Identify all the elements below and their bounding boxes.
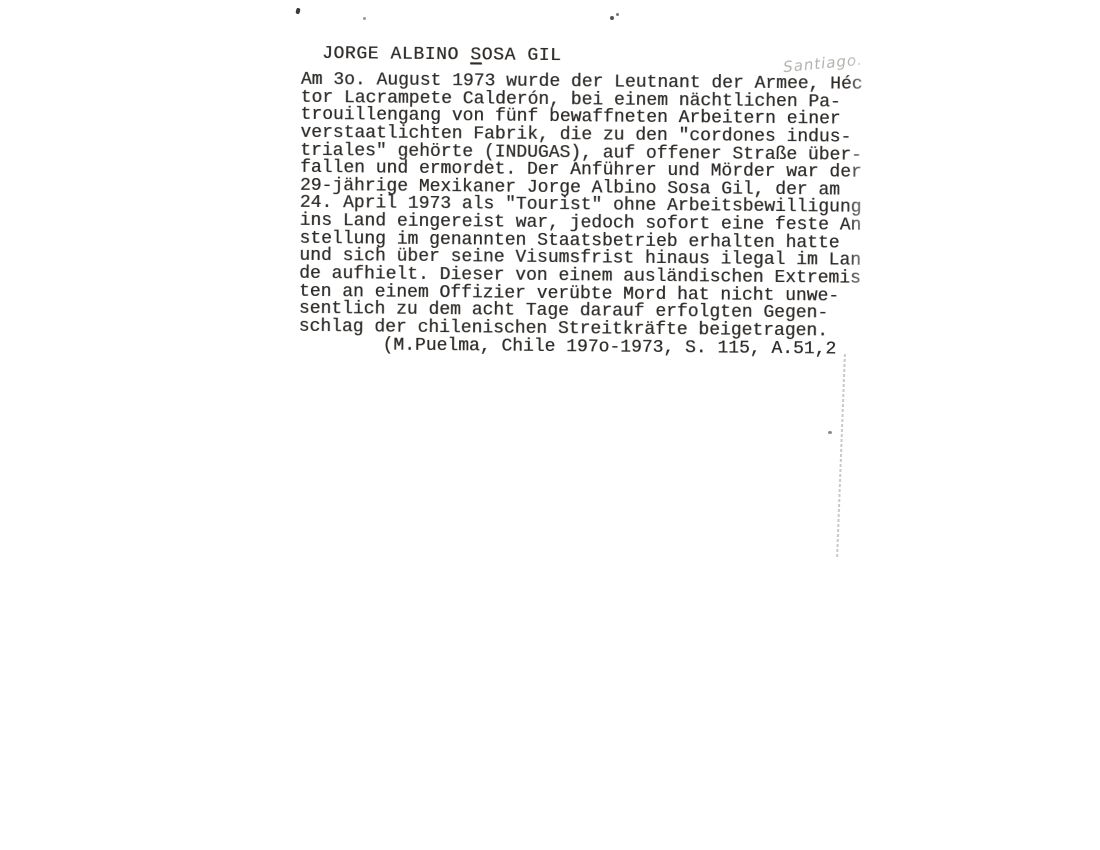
- citation-line: (M.Puelma, Chile 197o-1973, S. 115, A.51…: [298, 336, 860, 359]
- title-underlined-letter: S: [470, 45, 482, 65]
- scanned-document-page: JORGE ALBINO SOSA GIL Santiago. Am 3o. A…: [0, 0, 1100, 850]
- document-title: JORGE ALBINO SOSA GIL: [322, 44, 562, 66]
- title-text-post: OSA GIL: [482, 45, 562, 66]
- body-text: Am 3o. August 1973 wurde der Leutnant de…: [298, 72, 862, 359]
- body-paragraph: Am 3o. August 1973 wurde der Leutnant de…: [299, 72, 863, 342]
- scan-speck: [610, 16, 614, 20]
- handwritten-annotation: Santiago.: [782, 51, 863, 77]
- scan-speck: [828, 431, 832, 434]
- scan-speck: [363, 17, 366, 20]
- document-content: JORGE ALBINO SOSA GIL Santiago. Am 3o. A…: [0, 0, 1100, 850]
- scan-speck: [616, 13, 619, 16]
- title-text-pre: JORGE ALBINO: [322, 44, 470, 65]
